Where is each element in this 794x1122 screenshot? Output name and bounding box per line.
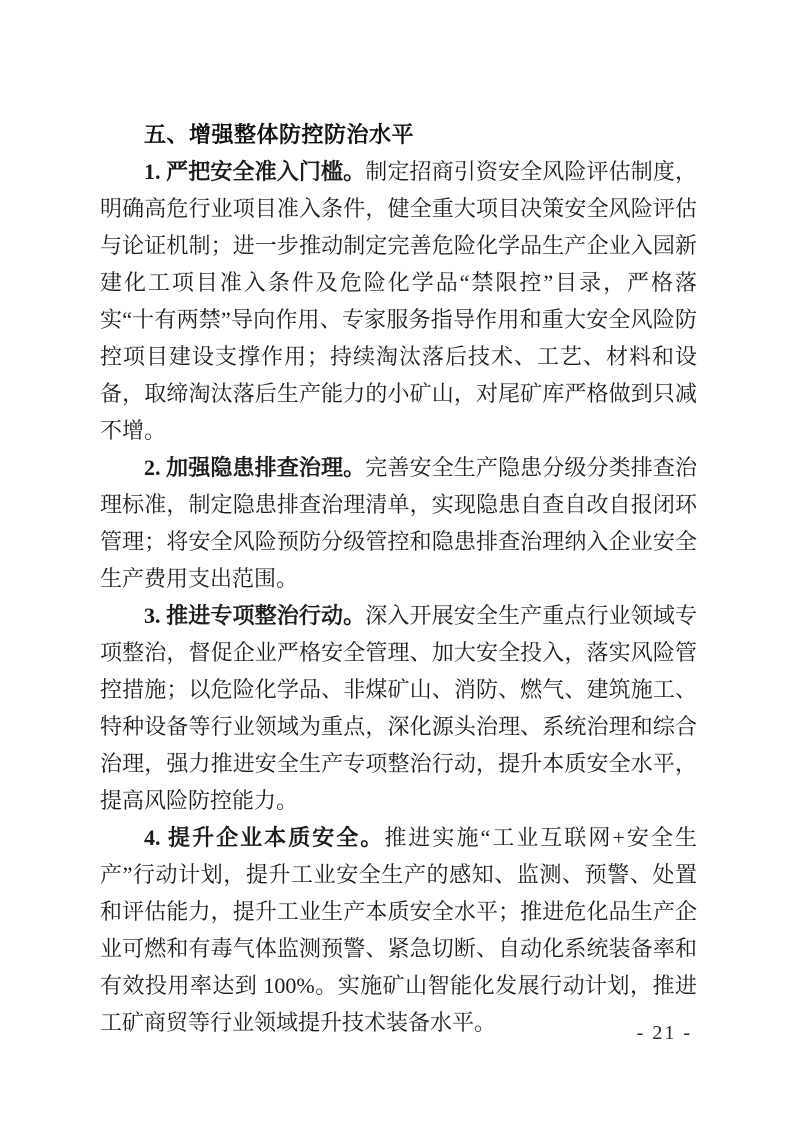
- paragraph-2-lead: 2. 加强隐患排查治理。: [144, 455, 365, 480]
- document-body: 五、增强整体防控防治水平 1. 严把安全准入门槛。制定招商引资安全风险评估制度，…: [100, 116, 697, 1041]
- paragraph-3-text: 深入开展安全生产重点行业领域专项整治，督促企业严格安全管理、加大安全投入，落实风…: [100, 603, 697, 813]
- paragraph-3: 3. 推进专项整治行动。深入开展安全生产重点行业领域专项整治，督促企业严格安全管…: [100, 597, 697, 819]
- page-number: - 21 -: [637, 1020, 692, 1046]
- paragraph-1: 1. 严把安全准入门槛。制定招商引资安全风险评估制度，明确高危行业项目准入条件，…: [100, 153, 697, 449]
- paragraph-3-lead: 3. 推进专项整治行动。: [144, 603, 365, 628]
- paragraph-2: 2. 加强隐患排查治理。完善安全生产隐患分级分类排查治理标准，制定隐患排查治理清…: [100, 449, 697, 597]
- paragraph-1-lead: 1. 严把安全准入门槛。: [144, 159, 365, 184]
- paragraph-4-text: 推进实施“工业互联网+安全生产”行动计划，提升工业安全生产的感知、监测、预警、处…: [100, 825, 697, 1035]
- section-heading: 五、增强整体防控防治水平: [100, 116, 697, 153]
- paragraph-4: 4. 提升企业本质安全。推进实施“工业互联网+安全生产”行动计划，提升工业安全生…: [100, 819, 697, 1041]
- paragraph-4-lead: 4. 提升企业本质安全。: [144, 825, 384, 850]
- paragraph-1-text: 制定招商引资安全风险评估制度，明确高危行业项目准入条件，健全重大项目决策安全风险…: [100, 159, 697, 443]
- document-page: 五、增强整体防控防治水平 1. 严把安全准入门槛。制定招商引资安全风险评估制度，…: [0, 0, 794, 1122]
